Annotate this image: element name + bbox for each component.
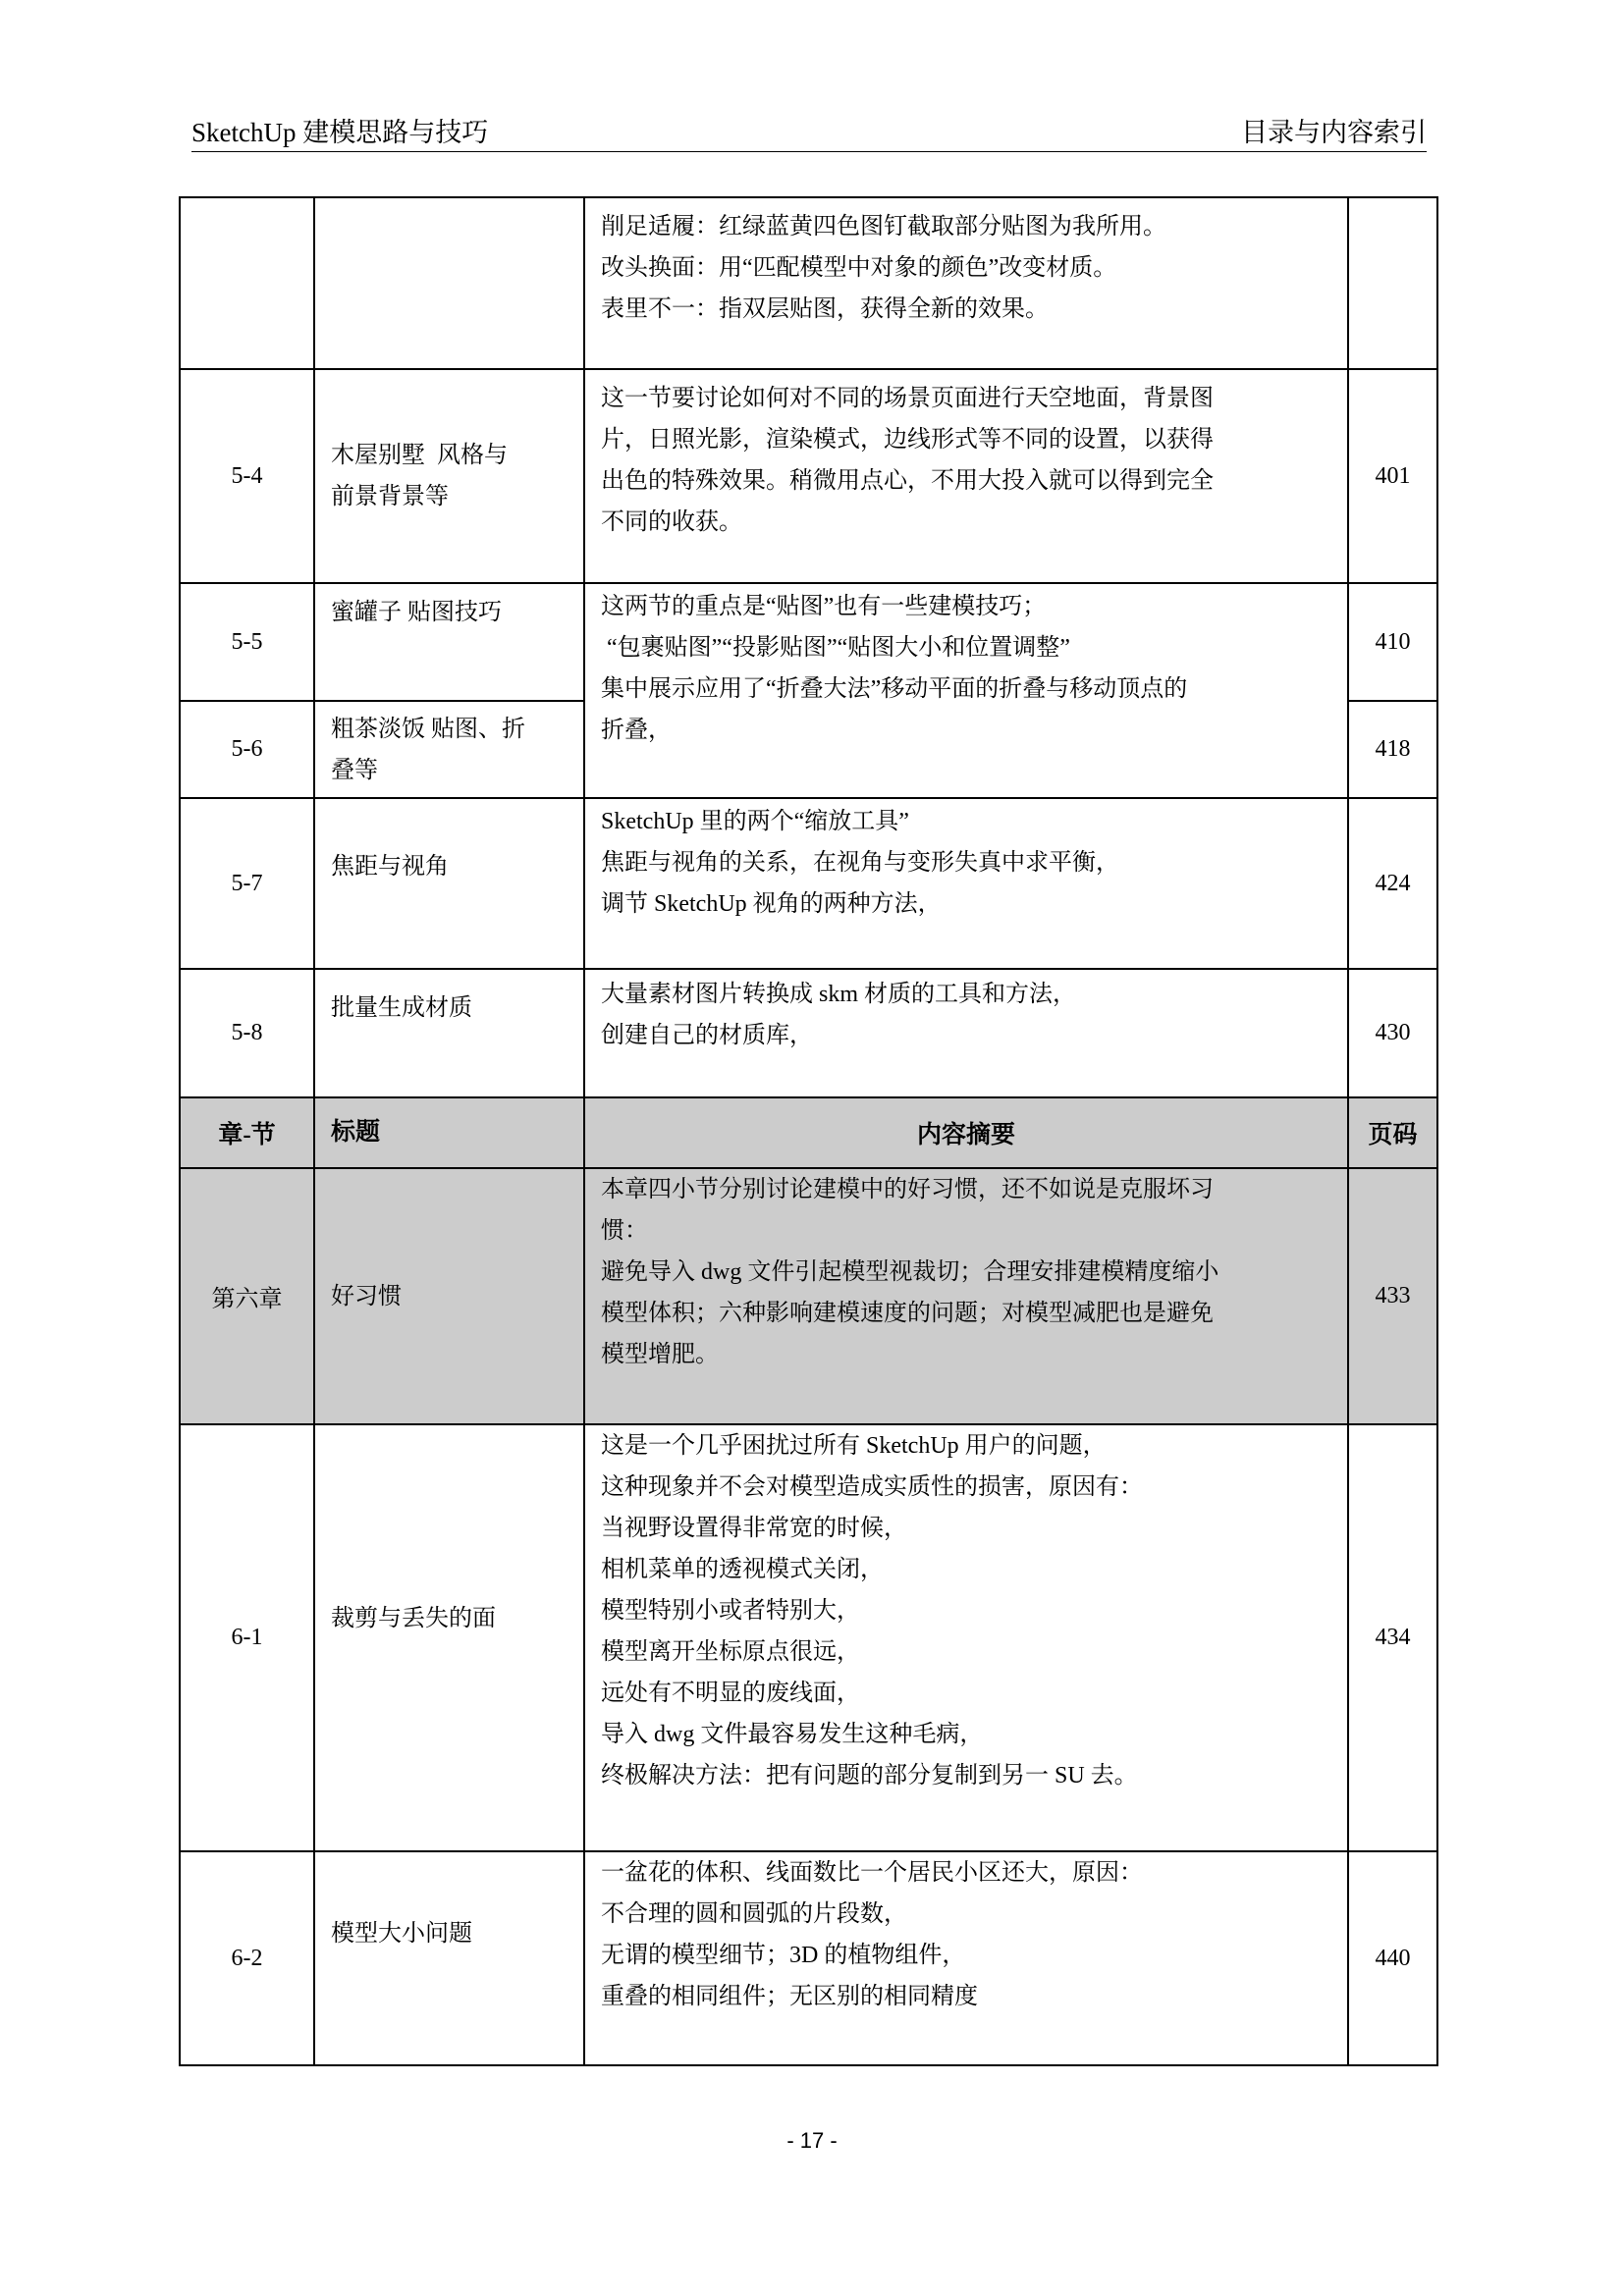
summary-line: 当视野设置得非常宽的时候， [601, 1508, 1337, 1549]
section-cell: 5-7 [180, 798, 314, 969]
summary-line: 折叠， [601, 710, 1337, 751]
title-cell [314, 197, 584, 369]
table-row: 5-4 木屋别墅 风格与 前景背景等 这一节要讨论如何对不同的场景页面进行天空地… [180, 369, 1437, 583]
table-row: 6-1 裁剪与丢失的面 这是一个几乎困扰过所有 SketchUp 用户的问题， … [180, 1424, 1437, 1851]
section-cell: 6-1 [180, 1424, 314, 1851]
table-row: 削足适履：红绿蓝黄四色图钉截取部分贴图为我所用。 改头换面：用“匹配模型中对象的… [180, 197, 1437, 369]
summary-cell: 这两节的重点是“贴图”也有一些建模技巧； “包裹贴图”“投影贴图”“贴图大小和位… [584, 583, 1348, 798]
section-cell: 5-6 [180, 701, 314, 798]
section-cell: 5-5 [180, 583, 314, 701]
summary-line: 这种现象并不会对模型造成实质性的损害，原因有： [601, 1467, 1337, 1508]
summary-line: 大量素材图片转换成 skm 材质的工具和方法， [601, 974, 1337, 1015]
title-line: 焦距与视角 [331, 846, 577, 887]
table-row: 5-5 蜜罐子 贴图技巧 这两节的重点是“贴图”也有一些建模技巧； “包裹贴图”… [180, 583, 1437, 701]
column-header-page: 页码 [1348, 1097, 1437, 1168]
title-line: 粗茶淡饭 贴图、折 [331, 709, 577, 750]
summary-cell: 大量素材图片转换成 skm 材质的工具和方法， 创建自己的材质库， [584, 969, 1348, 1097]
summary-line: 不同的收获。 [601, 502, 1337, 543]
page-cell: 424 [1348, 798, 1437, 969]
summary-line: SketchUp 里的两个“缩放工具” [601, 801, 1337, 842]
table-row: 5-7 焦距与视角 SketchUp 里的两个“缩放工具” 焦距与视角的关系，在… [180, 798, 1437, 969]
title-line: 模型大小问题 [331, 1913, 577, 1954]
summary-line: 模型离开坐标原点很远， [601, 1631, 1337, 1673]
section-cell [180, 197, 314, 369]
page-number: - 17 - [0, 2128, 1624, 2154]
summary-line: 这两节的重点是“贴图”也有一些建模技巧； [601, 586, 1337, 627]
page-cell: 430 [1348, 969, 1437, 1097]
section-cell: 6-2 [180, 1851, 314, 2065]
summary-line: 模型体积；六种影响建模速度的问题；对模型减肥也是避免 [601, 1293, 1337, 1334]
page-cell: 410 [1348, 583, 1437, 701]
title-line: 木屋别墅 风格与 [331, 435, 577, 476]
page-cell: 433 [1348, 1168, 1437, 1424]
title-line: 前景背景等 [331, 476, 577, 517]
column-header-row: 章-节 标题 内容摘要 页码 [180, 1097, 1437, 1168]
summary-cell: 削足适履：红绿蓝黄四色图钉截取部分贴图为我所用。 改头换面：用“匹配模型中对象的… [584, 197, 1348, 369]
summary-line: 这一节要讨论如何对不同的场景页面进行天空地面，背景图 [601, 378, 1337, 419]
summary-line: 模型特别小或者特别大， [601, 1590, 1337, 1631]
summary-line: 避免导入 dwg 文件引起模型视裁切；合理安排建模精度缩小 [601, 1252, 1337, 1293]
column-header-title: 标题 [314, 1097, 584, 1168]
toc-table: 削足适履：红绿蓝黄四色图钉截取部分贴图为我所用。 改头换面：用“匹配模型中对象的… [179, 196, 1438, 2066]
summary-cell: 这一节要讨论如何对不同的场景页面进行天空地面，背景图 片，日照光影，渲染模式，边… [584, 369, 1348, 583]
summary-line: 片，日照光影，渲染模式，边线形式等不同的设置，以获得 [601, 419, 1337, 460]
summary-line: 表里不一：指双层贴图，获得全新的效果。 [601, 289, 1337, 330]
title-line: 裁剪与丢失的面 [331, 1598, 577, 1639]
summary-cell: SketchUp 里的两个“缩放工具” 焦距与视角的关系，在视角与变形失真中求平… [584, 798, 1348, 969]
page-cell: 418 [1348, 701, 1437, 798]
summary-line: 模型增肥。 [601, 1334, 1337, 1375]
summary-line: 一盆花的体积、线面数比一个居民小区还大，原因： [601, 1852, 1337, 1894]
column-header-section: 章-节 [180, 1097, 314, 1168]
page-cell [1348, 197, 1437, 369]
summary-line: 调节 SketchUp 视角的两种方法， [601, 883, 1337, 925]
summary-line: 不合理的圆和圆弧的片段数， [601, 1894, 1337, 1935]
summary-cell: 本章四小节分别讨论建模中的好习惯，还不如说是克服坏习 惯： 避免导入 dwg 文… [584, 1168, 1348, 1424]
section-cell: 5-4 [180, 369, 314, 583]
summary-line: 这是一个几乎困扰过所有 SketchUp 用户的问题， [601, 1425, 1337, 1467]
title-cell: 蜜罐子 贴图技巧 [314, 583, 584, 701]
summary-line: 焦距与视角的关系，在视角与变形失真中求平衡， [601, 842, 1337, 883]
title-cell: 焦距与视角 [314, 798, 584, 969]
page-cell: 440 [1348, 1851, 1437, 2065]
summary-line: “包裹贴图”“投影贴图”“贴图大小和位置调整” [601, 627, 1337, 668]
summary-line: 出色的特殊效果。稍微用点心，不用大投入就可以得到完全 [601, 460, 1337, 502]
summary-line: 削足适履：红绿蓝黄四色图钉截取部分贴图为我所用。 [601, 206, 1337, 247]
page-cell: 401 [1348, 369, 1437, 583]
summary-line: 创建自己的材质库， [601, 1015, 1337, 1056]
summary-line: 终极解决方法：把有问题的部分复制到另一 SU 去。 [601, 1755, 1337, 1796]
running-header: SketchUp 建模思路与技巧 目录与内容索引 [191, 116, 1427, 152]
title-line: 蜜罐子 贴图技巧 [331, 592, 577, 633]
summary-line: 集中展示应用了“折叠大法”移动平面的折叠与移动顶点的 [601, 668, 1337, 710]
title-cell: 模型大小问题 [314, 1851, 584, 2065]
section-cell: 第六章 [180, 1168, 314, 1424]
title-line: 批量生成材质 [331, 988, 577, 1029]
title-cell: 好习惯 [314, 1168, 584, 1424]
title-cell: 裁剪与丢失的面 [314, 1424, 584, 1851]
book-title: SketchUp 建模思路与技巧 [191, 116, 488, 149]
summary-line: 改头换面：用“匹配模型中对象的颜色”改变材质。 [601, 247, 1337, 289]
page-cell: 434 [1348, 1424, 1437, 1851]
table-row: 5-8 批量生成材质 大量素材图片转换成 skm 材质的工具和方法， 创建自己的… [180, 969, 1437, 1097]
summary-cell: 这是一个几乎困扰过所有 SketchUp 用户的问题， 这种现象并不会对模型造成… [584, 1424, 1348, 1851]
summary-line: 相机菜单的透视模式关闭， [601, 1549, 1337, 1590]
summary-line: 远处有不明显的废线面， [601, 1673, 1337, 1714]
title-cell: 粗茶淡饭 贴图、折 叠等 [314, 701, 584, 798]
title-line: 叠等 [331, 750, 577, 791]
section-cell: 5-8 [180, 969, 314, 1097]
chapter-row: 第六章 好习惯 本章四小节分别讨论建模中的好习惯，还不如说是克服坏习 惯： 避免… [180, 1168, 1437, 1424]
title-cell: 批量生成材质 [314, 969, 584, 1097]
summary-line: 重叠的相同组件；无区别的相同精度 [601, 1976, 1337, 2017]
title-line: 好习惯 [331, 1276, 577, 1317]
column-header-summary: 内容摘要 [584, 1097, 1348, 1168]
summary-cell: 一盆花的体积、线面数比一个居民小区还大，原因： 不合理的圆和圆弧的片段数， 无谓… [584, 1851, 1348, 2065]
summary-line: 导入 dwg 文件最容易发生这种毛病， [601, 1714, 1337, 1755]
summary-line: 无谓的模型细节；3D 的植物组件， [601, 1935, 1337, 1976]
section-title: 目录与内容索引 [1241, 116, 1427, 149]
summary-line: 本章四小节分别讨论建模中的好习惯，还不如说是克服坏习 [601, 1169, 1337, 1210]
title-cell: 木屋别墅 风格与 前景背景等 [314, 369, 584, 583]
summary-line: 惯： [601, 1210, 1337, 1252]
table-row: 6-2 模型大小问题 一盆花的体积、线面数比一个居民小区还大，原因： 不合理的圆… [180, 1851, 1437, 2065]
